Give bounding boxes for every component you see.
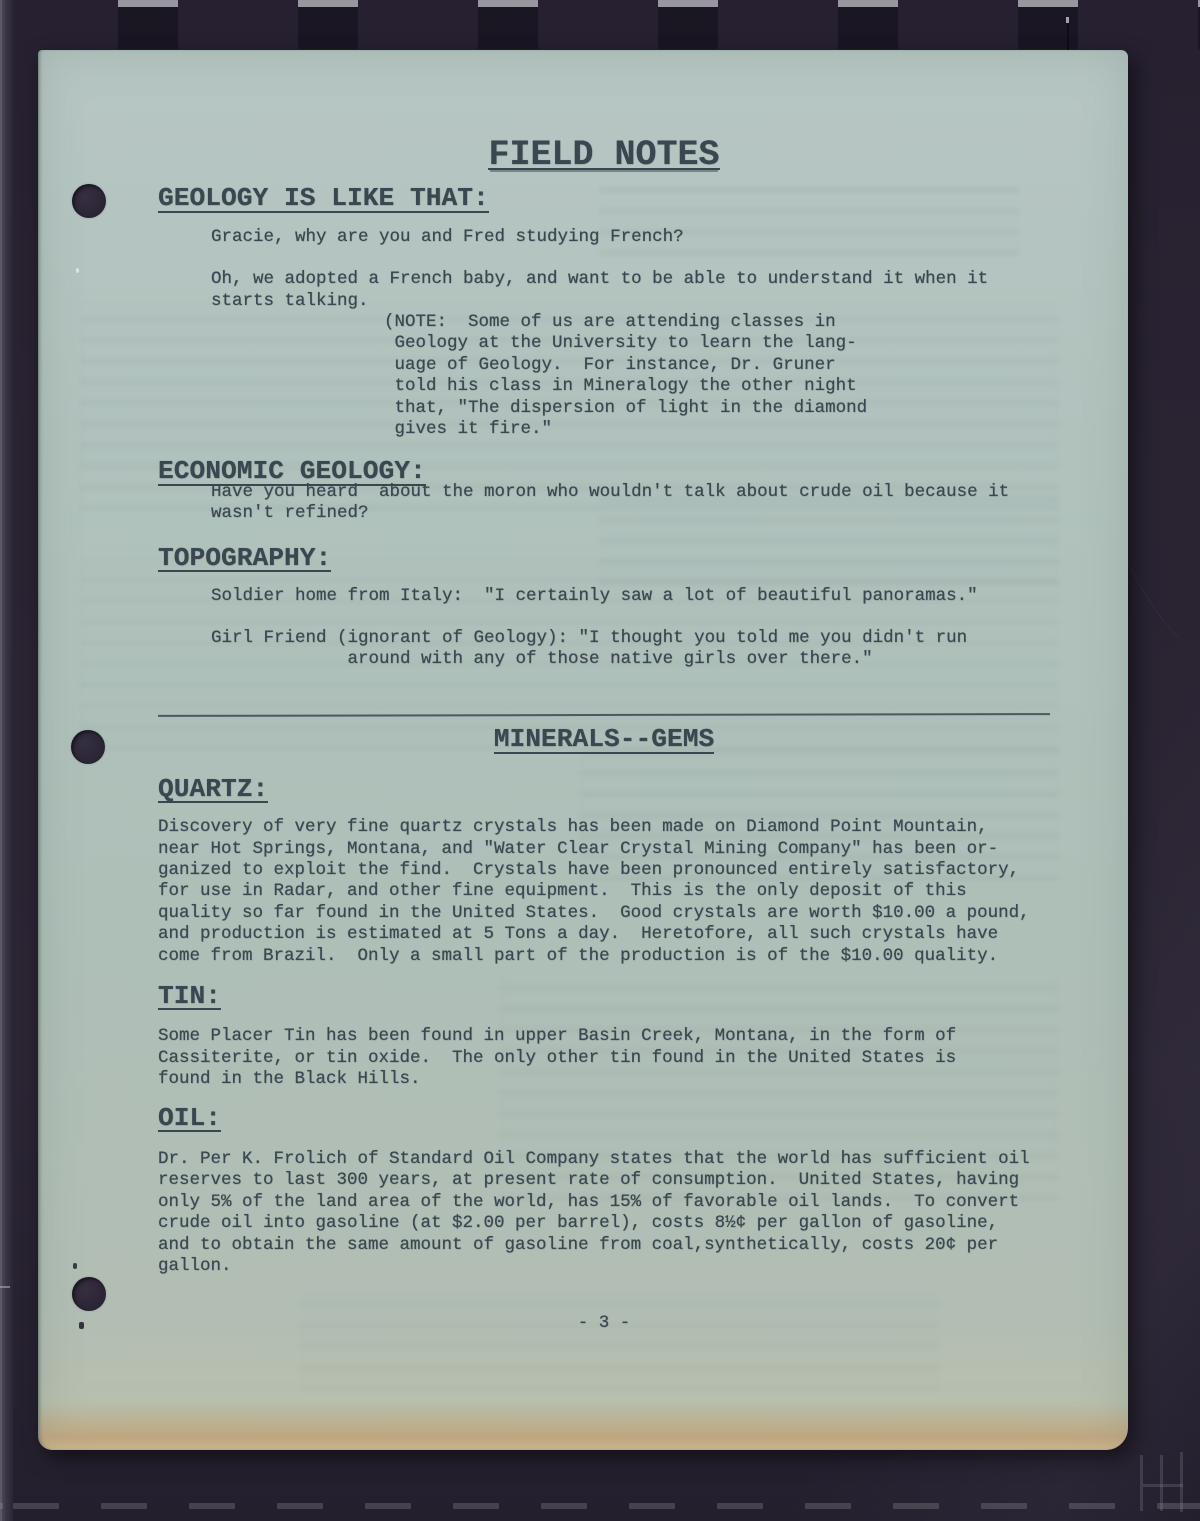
section-heading-text: TOPOGRAPHY: bbox=[158, 548, 331, 572]
ink-speck bbox=[79, 1322, 84, 1329]
paragraph: Dr. Per K. Frolich of Standard Oil Compa… bbox=[158, 1149, 1050, 1277]
section-heading-text: GEOLOGY IS LIKE THAT: bbox=[158, 188, 489, 212]
binder-edge-tabs bbox=[0, 0, 1200, 7]
paragraph: Gracie, why are you and Fred studying Fr… bbox=[211, 227, 1050, 248]
page-number: - 3 - bbox=[158, 1313, 1050, 1334]
section-heading-text: OIL: bbox=[158, 1108, 221, 1132]
punch-hole-bottom bbox=[72, 1277, 106, 1311]
note-paragraph: (NOTE: Some of us are attending classes … bbox=[384, 312, 1050, 440]
punch-hole-middle bbox=[71, 730, 105, 764]
section-heading: OIL: bbox=[158, 1108, 1050, 1132]
scratch-mark-tip bbox=[1066, 17, 1069, 23]
section-heading: QUARTZ: bbox=[158, 779, 1050, 803]
section-geology-is-like-that: GEOLOGY IS LIKE THAT: Gracie, why are yo… bbox=[158, 188, 1050, 440]
paragraph: Some Placer Tin has been found in upper … bbox=[158, 1026, 1050, 1090]
scanned-page-background: FIELD NOTES GEOLOGY IS LIKE THAT: Gracie… bbox=[0, 0, 1200, 1521]
ink-speck bbox=[73, 1263, 77, 1269]
embossed-mark bbox=[1140, 1455, 1143, 1511]
embossed-mark bbox=[1180, 1452, 1183, 1512]
paragraph: Oh, we adopted a French baby, and want t… bbox=[211, 269, 1050, 312]
punch-hole-top bbox=[72, 184, 106, 218]
document-title: FIELD NOTES bbox=[158, 145, 1050, 170]
section-heading: TIN: bbox=[158, 986, 1050, 1010]
typewritten-content: FIELD NOTES GEOLOGY IS LIKE THAT: Gracie… bbox=[158, 50, 1050, 1335]
section-divider bbox=[158, 713, 1050, 717]
section-heading-text: QUARTZ: bbox=[158, 779, 268, 803]
section-heading: TOPOGRAPHY: bbox=[158, 548, 1050, 572]
minerals-gems-subtitle-text: MINERALS--GEMS bbox=[494, 729, 715, 753]
embossed-mark bbox=[1160, 1455, 1163, 1511]
minerals-gems-subtitle: MINERALS--GEMS bbox=[158, 729, 1050, 753]
section-economic-geology: ECONOMIC GEOLOGY: Have you heard about t… bbox=[158, 461, 1050, 524]
section-quartz: QUARTZ: Discovery of very fine quartz cr… bbox=[158, 779, 1050, 967]
section-tin: TIN: Some Placer Tin has been found in u… bbox=[158, 986, 1050, 1091]
scratch-mark bbox=[1067, 20, 1069, 53]
paragraph: Have you heard about the moron who would… bbox=[211, 482, 1050, 525]
embossed-mark bbox=[1143, 1484, 1163, 1487]
paragraph: Girl Friend (ignorant of Geology): "I th… bbox=[211, 628, 1050, 671]
paragraph: Discovery of very fine quartz crystals h… bbox=[158, 817, 1050, 967]
section-heading: GEOLOGY IS LIKE THAT: bbox=[158, 188, 1050, 212]
scratch-nick bbox=[0, 1286, 10, 1288]
section-oil: OIL: Dr. Per K. Frolich of Standard Oil … bbox=[158, 1108, 1050, 1278]
binder-edge-shadow bbox=[0, 7, 1200, 49]
embossed-mark bbox=[1163, 1484, 1183, 1487]
document-page: FIELD NOTES GEOLOGY IS LIKE THAT: Gracie… bbox=[38, 50, 1128, 1450]
section-topography: TOPOGRAPHY: Soldier home from Italy: "I … bbox=[158, 548, 1050, 671]
paper-speck bbox=[76, 268, 79, 273]
album-spine-edge bbox=[0, 0, 13, 1521]
binder-edge-bottom-dashes bbox=[0, 1503, 1200, 1509]
paragraph: Soldier home from Italy: "I certainly sa… bbox=[211, 586, 1050, 607]
section-heading-text: TIN: bbox=[158, 986, 221, 1010]
document-title-text: FIELD NOTES bbox=[488, 145, 719, 170]
